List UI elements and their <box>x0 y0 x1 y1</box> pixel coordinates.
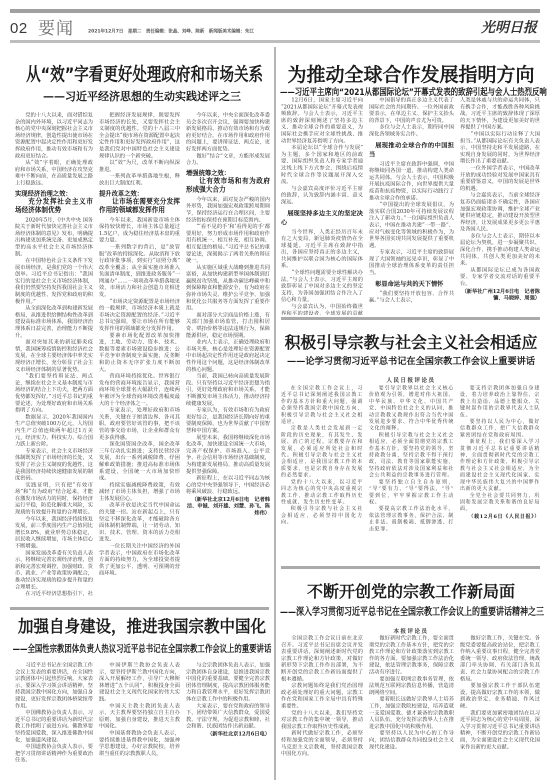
dateline-credit: （新华社北京12月6日电 记者韩洁、申铖、刘开雄、刘慧、孙飞、陈炜伟） <box>186 496 270 516</box>
paragraph: 12月6日，国家主席习近平向“2021从都国际论坛”开幕式发表视频致辞。与会人士… <box>281 97 363 145</box>
paragraph: 当前，我国已转向高质量发展阶段。只有坚持以习近平经济思想为指引，更好处理政府和市… <box>186 373 270 407</box>
commentary-subtitle: ——深入学习贯彻习近平总书记在全国宗教工作会议上的重要讲话精神之三 <box>280 606 542 616</box>
paragraph: 要素市场化配置改革加快推进，土地、劳动力、资本、技术、数据等要素市场建设稳步推进… <box>99 332 180 373</box>
subhead: 展现推动全球合作的中国担当 <box>369 141 454 159</box>
paragraph: 要加强互联网宗教事务管理，依法规范互联网宗教信息传播，营造清朗网络空间。 <box>369 676 454 696</box>
paragraph: 专家认为，有效市场和有为政府更好结合，是我国经济长期向好的重要制度保障，也为世界… <box>186 407 270 434</box>
paragraph: 宗教是人类社会发展到一定阶段的历史现象，有其发生、发展、消亡的过程。宗教要存在和… <box>281 425 363 479</box>
subhead-label: 实现经济治理之效： <box>15 189 93 197</box>
page-number: 02 <box>10 21 28 37</box>
article-column: 把握经济发展规律，既要发挥市场经济的长处，又要发挥社会主义制度的优越性。党的十八… <box>99 112 180 597</box>
headline-text: 为推动全球合作发展指明方向 <box>287 64 534 86</box>
paragraph: 持续实施减税降费政策，有效减轻了市场主体负担，增强了市场主体发展信心。 <box>99 482 180 502</box>
paragraph: 全国宗教工作会议日前在北京召开。习近平总书记出席会议并发表重要讲话，深刻阐述新时… <box>281 635 363 683</box>
paragraph: 本届论坛以“全球合作与发展”为主题，多个国家和地区的前政要、国际组织负责人和专家… <box>281 145 363 186</box>
headline-text: 积极引导宗教与社会主义社会相适应 <box>285 333 538 353</box>
paragraph: 从实施区域重大战略到推进共同富裕，从加快构建新型举国体制到打赢脱贫攻坚战，从推动… <box>186 264 270 312</box>
paragraph: 大家表示，要在党和政府的领导下，团结带领广大信教群众，爱国爱教、守法守规，为促进… <box>186 703 270 730</box>
paragraph: 今年以来，面对复杂严峻的国内外形势，我国加强宏观政策跨周期调节，保持经济运行在合… <box>186 196 270 223</box>
paragraph: “中国以实际行动诠释了大国担当。”从都国际论坛有关负责人表示，中国坚持走和平发展… <box>460 131 540 165</box>
article-column: 中国伊斯兰教协会负责人表示，要坚持伊斯兰教中国化方向，深入开展解经工作，引导广大… <box>99 662 180 779</box>
vertical-column-divider <box>274 47 276 780</box>
paragraph: 一系列改革举措落地生根，释放出巨大制度红利。 <box>99 173 180 187</box>
dateline-credit: （新华社北京12月6日电） <box>186 731 270 738</box>
paragraph: 在全国宗教工作会议上，习近平总书记深刻阐述我国宗教工作的基本方针和重大问题，强调… <box>281 385 363 425</box>
economy-article-subtitle: ——习近平经济思想的生动实践述评之三 <box>10 90 274 103</box>
subhead: 展现坚持多边主义的坚定决心 <box>281 209 363 227</box>
article-column: 做好新时代宗教工作，要全面贯彻党的宗教工作基本方针，把党的宗教工作理论和方针政策… <box>369 635 454 779</box>
paragraph: 中国佛教协会负责人表示，习近平总书记的重要讲话为新时代宗教工作指明了前进方向。佛… <box>15 710 93 744</box>
article-column: 在全国宗教工作会议上，习近平总书记深刻阐述我国宗教工作的基本方针和重大问题，强调… <box>281 385 363 563</box>
paragraph: 展望未来，我国将继续深化市场化改革，加快建设全国统一大市场，完善产权保护、市场准… <box>186 434 270 475</box>
paragraph: “我们要坚持辩证法、两点论，继续在社会主义基本制度与市场经济的结合上下功夫，把两… <box>15 373 93 414</box>
paragraph: 在习近平经济思想指引下，社会主义市场经济体制不断完善，为全面建设社会主义现代化国… <box>15 591 93 597</box>
subhead: 彰显命运与共的天下情怀 <box>369 279 454 288</box>
paragraph: 与会嘉宾表示，当前全球经济复苏仍面临诸多不确定性，各国应加强宏观政策协调，维护全… <box>460 192 540 233</box>
subtitle-text: ——深入学习贯彻习近平总书记在全国宗教工作会议上的重要讲话精神之三 <box>280 606 544 619</box>
header-bottom-rule <box>10 40 540 43</box>
paragraph: 新时代做好宗教工作，必须坚持和加强党的全面领导，必须坚持马克思主义宗教观，坚持我… <box>281 730 363 757</box>
right-bottom-divider <box>281 566 540 569</box>
paragraph: 数据显示，2020年我国国内生产总值突破100万亿元，人均国内生产总值连续两年超… <box>15 414 93 448</box>
paragraph: 一系列数字的背后，是“放管服”改革的持续深化。从取消和下放行政审批事项，到实行“… <box>99 244 180 298</box>
paragraph: 党的十八大以来，面对错综复杂的国内外环境，以习近平同志为核心的党中央深刻把握社会… <box>15 112 93 160</box>
subhead-label: 增强统筹之效： <box>186 169 270 177</box>
article-column: 做好宗教工作，关键在党。各级党委要提高政治站位，把宗教工作纳入重要议事日程，健全… <box>460 635 540 779</box>
paragraph: 深化国资国企改革，国企改革三年行动扎实推进；支持民营经济发展，出台一系列减税降费… <box>99 441 180 482</box>
article-column: 要支持宗教团体加强自身建设，着力培养政治上靠得住、宗教上有造诣、品德上能服众、关… <box>460 385 540 563</box>
paragraph: 多位与会人士表示，期待同中国深化各领域务实合作。 <box>369 124 454 138</box>
byline-text: 本报评论员 <box>394 627 429 635</box>
subhead-label: 提升改革之效： <box>99 189 180 197</box>
paragraph: 我们要更加紧密地团结在以习近平同志为核心的党中央周围，深入学习贯彻习近平总书记重… <box>460 710 540 751</box>
paragraph: 要支持宗教团体加强自身建设，着力培养政治上靠得住、宗教上有造诣、品德上能服众、关… <box>460 385 540 419</box>
paragraph: 要加强宗教工作干部队伍建设，提高做好宗教工作的本领，做到政治坚定、业务精通、作风… <box>460 683 540 710</box>
paragraph: 习近平总书记在全国宗教工作会议上发表的重要讲话，在全国性宗教团体中引起热烈反响。… <box>15 662 93 710</box>
subtitle-text: ——论学习贯彻习近平总书记在全国宗教工作会议上重要讲话 <box>287 356 535 367</box>
paragraph: 中国伊斯兰教协会负责人表示，要坚持伊斯兰教中国化方向，深入开展解经工作，引导广大… <box>99 662 180 703</box>
paragraph: 在中国特色社会主义条件下发展市场经济，是我们党的一个伟大创举。习近平总书记指出：… <box>15 258 93 306</box>
paragraph: 积极引导宗教与社会主义社会相适应，必须坚持中国化方向。 <box>281 506 363 526</box>
paragraph: “‘看不见的手’和‘看得见的手’都要用好，努力形成市场作用和政府作用有机统一、相… <box>186 224 270 265</box>
paragraph: 国家发展改革委有关负责人表示，将继续完善宏观经济治理，创新和完善宏观调控，加强财… <box>15 550 93 591</box>
paragraph: 中国倡导的真正多边主义代表了国际社会的共同期待。一位外国前政要表示，在单边主义、… <box>369 97 454 124</box>
paragraph: 要引导宗教界以社会主义核心价值观为引领，增进对伟大祖国、中华民族、中华文化、中国… <box>369 385 454 432</box>
paragraph: 一位长期关注中国经济的外国学者表示，中国政府在市场化改革方面的持续努力，为全球投… <box>99 543 180 577</box>
paragraph: 中国道教协会负责人表示，要把学习贯彻讲话精神作为重要政治任务。 <box>15 744 93 764</box>
paragraph: 要坚持独立自主自办原则，“导”要有力，“导”要得法，“导”要到位，牢牢掌握宗教工… <box>369 479 454 506</box>
article-column: 党的十八大以来，面对错综复杂的国内外环境，以习近平同志为核心的党中央深刻把握社会… <box>15 112 93 597</box>
paragraph: “我们要坚持开放包容、合作共赢。”与会人士表示， <box>369 290 454 304</box>
paragraph: 面对突如其来的新冠肺炎疫情，我国统筹疫情防控和经济社会发展，在全球主要经济体中率… <box>15 339 93 373</box>
paragraph: 党的十八大以来，以习近平同志为核心的党中央高度重视宗教工作，推动宗教工作取得历史… <box>281 479 363 506</box>
paragraph: 做好新时代宗教工作，要全面贯彻党的宗教工作基本方针，把党的宗教工作理论和方针政策… <box>369 635 454 676</box>
subhead-title: 充分发挥社会主义市场经济体制优势 <box>15 197 93 214</box>
editorial-byline: 人民日报评论员 <box>280 373 542 380</box>
dateline: 2021年12月7日 星期二 责任编辑：张晶、刘峥、陈新 新闻版美术编辑：朱江 <box>88 29 268 34</box>
paragraph: 专家表示，社会主义市场经济体制既发挥了市场经济的长处，又发挥了社会主义制度的优越… <box>15 448 93 482</box>
masthead-logo: 光明日报 <box>481 20 537 37</box>
paragraph: 要提高宗教工作法治化水平，依法管理宗教事务，保护合法、制止非法、遏制极端、抵御渗… <box>369 506 454 533</box>
economy-article-headline: 从“效”字看更好处理政府和市场关系 <box>10 64 274 84</box>
dateline-credit: （载12月6日《人民日报》） <box>460 513 540 520</box>
subhead-title: 让有效市场和有为政府形成强大合力 <box>186 177 270 194</box>
paragraph: 从都国际论坛已成为各国政要、专家学者交流对话的重要平台。 <box>460 267 540 287</box>
paragraph: 从“效”字着眼，正确处理政府和市场关系，中国经济在攻坚克难中不断向前，在高质量发… <box>15 160 93 187</box>
paragraph: 今年以来，我国经济持续恢复发展，前三季度国内生产总值同比增长9.8%，就业形势总… <box>15 516 93 550</box>
global-article-headline: 为推动全球合作发展指明方向 <box>280 64 542 86</box>
commentary-headline: 不断开创党的宗教工作新局面 <box>280 582 542 602</box>
right-top-divider <box>281 317 540 320</box>
paragraph: 改革开放是决定当代中国命运的关键一招。站在新起点上，只有坚定不移深化改革，才能破… <box>99 502 180 543</box>
left-bottom-divider <box>10 607 269 610</box>
paragraph: 中国基督教协会负责人表示，要持续推进基督教中国化，加强神学思想建设，办好宗教院校… <box>99 730 180 757</box>
article-column: 人类是休戚与共的命运共同体，只有携手合作，才能战胜各种风险挑战。习近平主席的致辞… <box>460 97 540 315</box>
paragraph: 专家表示，习近平主席的致辞展现了大国领袖的远见卓识，彰显了中国推动全球治理体系变… <box>369 249 454 276</box>
paragraph: 从全面深化改革到构建新发展格局，从推进供给侧结构性改革到建设高标准市场体系，我国… <box>15 305 93 339</box>
headline-text: 加强自身建设，推进我国宗教中国化 <box>18 616 266 638</box>
paragraph: 把握经济发展规律，既要发挥市场经济的长处，又要发挥社会主义制度的优越性。党的十八… <box>99 112 180 160</box>
article-column: 全国宗教工作会议日前在北京召开。习近平总书记出席会议并发表重要讲话，深刻阐述新时… <box>281 635 363 779</box>
paragraph: 当今世界，人类正经历百年未有之大变局，新冠肺炎疫情仍在全球蔓延。习近平主席在致辞… <box>281 229 363 270</box>
subtitle-text: ——习近平主席向“2021从都国际论坛”开幕式发表的致辞引起与会人士热烈反响 <box>280 86 547 97</box>
paragraph: 一位外国学者表示，中国改革开放的成功经验对发展中国家具有重要借鉴意义，中国的发展… <box>460 165 540 192</box>
article-column: 习近平总书记在全国宗教工作会议上发表的重要讲话，在全国性宗教团体中引起热烈反响。… <box>15 662 93 779</box>
paragraph: 积极引导宗教与社会主义社会相适应，必须全面贯彻党的宗教工作基本方针。要坚持党的领… <box>369 432 454 479</box>
global-article-subtitle: ——习近平主席向“2021从都国际论坛”开幕式发表的致辞引起与会人士热烈反响 <box>280 86 542 95</box>
paragraph: 要坚持以人民为中心，做好信教群众工作，把广大信教群众紧密团结在党和政府周围。 <box>460 419 540 439</box>
paragraph: 要着眼长远做好宗教界人士培养工作，加强宗教院校建设，培养造就一支爱国爱教、德才兼… <box>369 696 454 730</box>
paragraph: 今年以来，中央全面深化改革委员会多次召开会议，强调要加快构建新发展格局，推动有效… <box>186 112 270 153</box>
commentary-byline: 本报评论员 <box>280 624 542 631</box>
headline-text: 从“效”字看更好处理政府和市场关系 <box>26 64 263 86</box>
paragraph: 新征程上，我们要深入学习贯彻习近平总书记重要讲话精神，全面贯彻新时代党的宗教工作… <box>460 439 540 493</box>
article-column: 要引导宗教界以社会主义核心价值观为引领，增进对伟大祖国、中华民族、中华文化、中国… <box>369 385 454 563</box>
subtitle-text: ——全国性宗教团体负责人热议习近平总书记在全国宗教工作会议上的重要讲话 <box>13 643 272 655</box>
paragraph: 营商环境持续优化。世界银行发布的营商环境报告显示，我国营商环境全球排名大幅跃升，… <box>99 373 180 407</box>
headline-text: 不断开创党的宗教工作新局面 <box>307 582 515 602</box>
paragraph: 习近平主席在致辞中强调，中国将继续同各国一道，推动构建人类命运共同体。与会人士表… <box>369 161 454 202</box>
paragraph: “中国提出的全球发展倡议，为落实联合国2030年可持续发展议程注入了新动力。”一… <box>369 202 454 250</box>
paragraph: 面对部分大宗商品价格上涨，有关部门加强市场监管，打击囤积居奇、哄抬价格等违法违规… <box>186 312 270 339</box>
article-column: 中国倡导的真正多边主义代表了国际社会的共同期待。一位外国前政要表示，在单边主义、… <box>369 97 454 315</box>
paragraph: “全球性问题需要全球性解决办法。”与会人士表示，习近平主席的致辞彰显了中国对多边… <box>281 270 363 304</box>
paragraph: 新征程上，在以习近平同志为核心的党中央坚强领导下，中国经济必将乘风破浪、行稳致远… <box>186 475 270 495</box>
paragraph: 与会嘉宾高度评价习近平主席的致辞，认为致辞内涵丰富、意义深远。 <box>281 185 363 205</box>
paragraph: 2020年5月，《中共中央 国务院关于新时代加快完善社会主义市场经济体制的意见》… <box>15 217 93 258</box>
paragraph: 今年以来，我国新设市场主体保持较快增长，市场主体总量超过1.5亿户，成为稳住经济… <box>99 217 180 244</box>
groups-article-subtitle: ——全国性宗教团体负责人热议习近平总书记在全国宗教工作会议上的重要讲话 <box>10 643 274 652</box>
paragraph-continued: 人类是休戚与共的命运共同体，只有携手合作，才能战胜各种风险挑战。习近平主席的致辞… <box>460 97 540 131</box>
paragraph: 要坚持以人民为中心的工作导向，团结信教群众共同投身社会主义现代化建设。 <box>369 730 454 750</box>
article-column: 今年以来，中央全面深化改革委员会多次召开会议，强调要加快构建新发展格局，推动有效… <box>186 112 270 597</box>
article-column: 与会宗教团体负责人表示，加强宗教团体自身建设，是推进我国宗教中国化的重要基础。要… <box>186 662 270 779</box>
subhead-title: 让市场在需要充分发挥作用的领域都发挥作用 <box>99 197 180 214</box>
paragraph: 专家表示，处理好政府和市场关系，关键在于厘清边界、各司其职。政府要管好该管的事，… <box>99 407 180 441</box>
byline-text: 人民日报评论员 <box>387 376 436 384</box>
paragraph: 党的十八大以来，我们坚持党对宗教工作的集中统一领导，推动我国宗教工作取得历史性成… <box>281 710 363 730</box>
editorial-subtitle: ——论学习贯彻习近平总书记在全国宗教工作会议上重要讲话 <box>280 356 542 367</box>
paragraph: “市场决定资源配置是市场经济的一般规律，市场经济本质上就是市场决定资源配置的经济… <box>99 298 180 332</box>
section-label: 要闻 <box>38 19 74 38</box>
header-top-bar <box>10 9 540 13</box>
paragraph: 做好宗教工作，关键在党。各级党委要提高政治站位，把宗教工作纳入重要议事日程，健全… <box>460 635 540 683</box>
paragraph: 与会嘉宾认为，中国始终做世界和平的建设者、全球发展的贡献者、国际秩序的维护者。 <box>281 304 363 315</box>
paragraph: 做好“结合”文章，方能形成发展合力。 <box>186 153 270 167</box>
paragraph: 与会宗教团体负责人表示，加强宗教团体自身建设，是推进我国宗教中国化的重要基础。要… <box>186 662 270 703</box>
paragraph: 全党全社会要共同努力，巩固和发展宗教关系和谐的良好局面。 <box>460 492 540 512</box>
paragraph: 以“效”为尺，改革不断向纵深推进。 <box>99 160 180 174</box>
paragraph: 实践证明，只有把“有效市场”和“有为政府”结合起来，才能在激发市场活力的同时，保… <box>15 482 93 516</box>
article-column: 12月6日，国家主席习近平向“2021从都国际论坛”开幕式发表视频致辞。与会人士… <box>281 97 363 315</box>
subtitle-text: ——习近平经济思想的生动实践述评之三 <box>43 90 241 103</box>
paragraph: 多位与会人士表示，期待以本届论坛为契机，进一步凝聚共识、深化合作，携手推动构建人… <box>460 233 540 267</box>
paragraph: 中国天主教主教团负责人表示，天主教界要坚持独立自主自办原则，加强自身建设，推进天… <box>99 703 180 730</box>
editorial-headline: 积极引导宗教与社会主义社会相适应 <box>280 333 542 353</box>
groups-article-headline: 加强自身建设，推进我国宗教中国化 <box>10 616 274 636</box>
paragraph: 宗教问题始终是我们党治国理政必须处理好的重大问题，宗教工作在党和国家工作全局中具… <box>281 683 363 710</box>
dateline-credit: （新华社广州12月6日电 记者陈镛、马晓婷、周强） <box>460 288 540 302</box>
paragraph: 业内人士表示，正确处理政府和市场关系，核心是处理好在资源配置中市场起决定性作用还… <box>186 339 270 373</box>
